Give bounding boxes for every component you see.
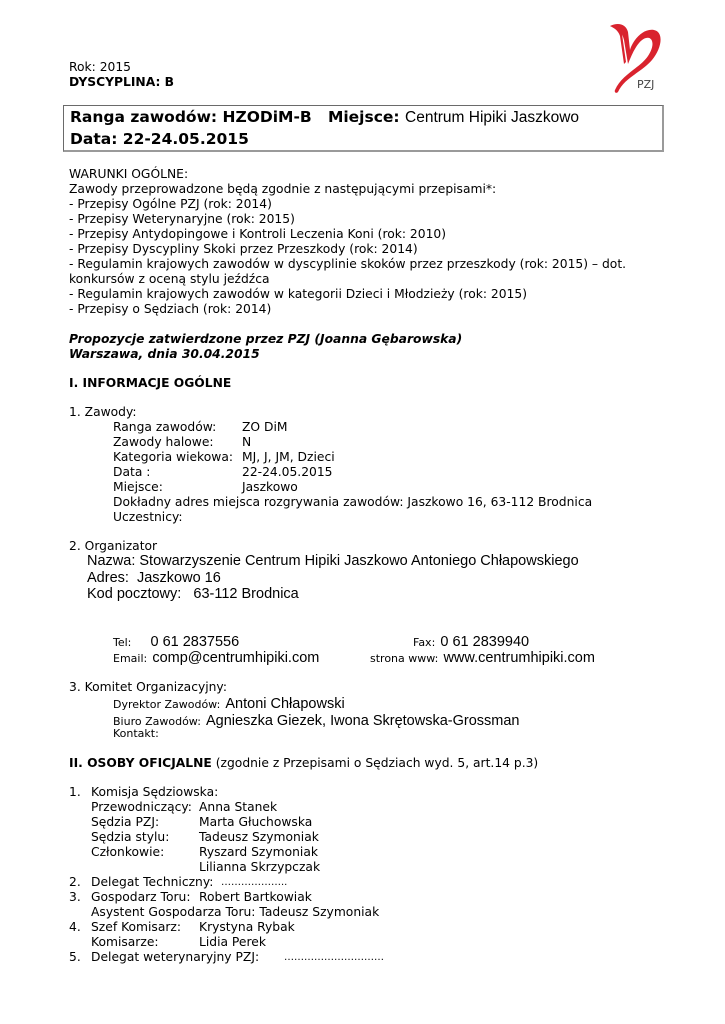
stewards-row: Komisarze:Lidia Perek [91,935,384,950]
contact-label: Kontakt: [113,727,159,740]
www-line: strona www: www.centrumhipiki.com [370,647,595,666]
detail-value: 22-24.05.2015 [242,465,333,480]
general-conditions: WARUNKI OGÓLNE: Zawody przeprowadzone bę… [69,167,626,317]
organizer-address: Adres: Jaszkowo 16 [87,570,221,586]
detail-label: Kategoria wiekowa: [113,450,242,465]
detail-label: Miejsce: [113,480,242,495]
conditions-heading: WARUNKI OGÓLNE: [69,167,626,182]
condition-item: - Regulamin krajowych zawodów w kategori… [69,287,626,302]
year-line: Rok: 2015 [69,60,131,75]
approval-line-2: Warszawa, dnia 30.04.2015 [69,347,260,362]
official-item: 4.Szef Komisarz:Krystyna Rybak [69,920,384,935]
condition-item: - Przepisy Antydopingowe i Kontroli Lecz… [69,227,626,242]
detail-value: ZO DiM [242,420,288,435]
address-line: Dokładny adres miejsca rozgrywania zawod… [113,495,592,510]
pzj-logo-icon [604,20,664,98]
detail-value: N [242,435,251,450]
condition-item: - Przepisy Dyscypliny Skoki przez Przesz… [69,242,626,257]
detail-row: Ranga zawodów:ZO DiM [113,420,592,435]
organizer-heading: 2. Organizator [69,539,157,554]
detail-value: MJ, J, JM, Dzieci [242,450,335,465]
section-1-heading: I. INFORMACJE OGÓLNE [69,376,231,391]
detail-row: Zawody halowe:N [113,435,592,450]
detail-row: Miejsce:Jaszkowo [113,480,592,495]
pzj-logo: PZJ [604,20,664,98]
title-line-1: Ranga zawodów: HZODiM-B Miejsce: Centrum… [70,108,579,127]
section-2-note: (zgodnie z Przepisami o Sędziach wyd. 5,… [216,756,538,770]
section-2-title: II. OSOBY OFICJALNE [69,756,212,770]
organizer-address-label: Adres: [87,570,129,586]
condition-item: - Przepisy o Sędziach (rok: 2014) [69,302,626,317]
conditions-intro: Zawody przeprowadzone będą zgodnie z nas… [69,182,626,197]
condition-item: - Przepisy Weterynaryjne (rok: 2015) [69,212,626,227]
date-line: Data: 22-24.05.2015 [70,130,249,148]
condition-item: konkursów z oceną stylu jeźdźca [69,272,626,287]
participants-line: Uczestnicy: [113,510,592,525]
approval-line-1: Propozycje zatwierdzone przez PZJ (Joann… [69,332,462,347]
detail-row: Kategoria wiekowa:MJ, J, JM, Dzieci [113,450,592,465]
official-item: 2.Delegat Techniczny:……………….. [69,875,384,890]
section-2-heading: II. OSOBY OFICJALNE (zgodnie z Przepisam… [69,756,538,771]
detail-label: Zawody halowe: [113,435,242,450]
rank-label: Ranga zawodów: HZODiM-B [70,108,312,126]
official-item: 1.Komisja Sędziowska: [69,785,384,800]
organizer-address-value: Jaszkowo 16 [137,570,221,586]
detail-row: Data :22-24.05.2015 [113,465,592,480]
place-value: Centrum Hipiki Jaszkowo [405,109,579,126]
detail-value: Jaszkowo [242,480,298,495]
office-line: Biuro Zawodów: Agnieszka Giezek, Iwona S… [113,710,520,729]
competition-details: Ranga zawodów:ZO DiM Zawody halowe:N Kat… [113,420,592,525]
officials-list: 1.Komisja Sędziowska: Przewodniczący:Ann… [69,785,384,965]
office-value: Agnieszka Giezek, Iwona Skrętowska-Gross… [206,713,520,729]
place-label: Miejsce: [328,108,400,126]
organizer-name-value: Stowarzyszenie Centrum Hipiki Jaszkowo A… [139,553,578,569]
detail-label: Ranga zawodów: [113,420,242,435]
jury-row: Sędzia PZJ:Marta Głuchowska [91,815,384,830]
email-link[interactable]: comp@centrumhipiki.com [152,650,319,666]
assistant-line: Asystent Gospodarza Toru: Tadeusz Szymon… [91,905,384,920]
competition-heading: 1. Zawody: [69,405,137,420]
organizer-postal-value: 63-112 Brodnica [193,586,298,602]
jury-row: Sędzia stylu:Tadeusz Szymoniak [91,830,384,845]
jury-row: Członkowie:Ryszard Szymoniak [91,845,384,860]
organizer-postal: Kod pocztowy: 63-112 Brodnica [87,586,299,602]
official-item: 5.Delegat weterynaryjny PZJ:………………………… [69,950,384,965]
detail-label: Data : [113,465,242,480]
www-link[interactable]: www.centrumhipiki.com [443,650,595,666]
condition-item: - Regulamin krajowych zawodów w dyscypli… [69,257,626,272]
discipline-line: DYSCYPLINA: B [69,75,174,90]
jury-row: Lilianna Skrzypczak [91,860,384,875]
www-label: strona www: [370,652,438,665]
email-line: Email: comp@centrumhipiki.com [113,647,319,666]
official-item: 3.Gospodarz Toru:Robert Bartkowiak [69,890,384,905]
organizer-name-label: Nazwa: [87,553,135,569]
title-box: Ranga zawodów: HZODiM-B Miejsce: Centrum… [63,105,664,152]
organizer-name: Nazwa: Stowarzyszenie Centrum Hipiki Jas… [87,553,579,569]
organizer-postal-label: Kod pocztowy: [87,586,181,602]
jury-row: Przewodniczący:Anna Stanek [91,800,384,815]
email-label: Email: [113,652,147,665]
condition-item: - Przepisy Ogólne PZJ (rok: 2014) [69,197,626,212]
logo-text: PZJ [637,78,654,91]
